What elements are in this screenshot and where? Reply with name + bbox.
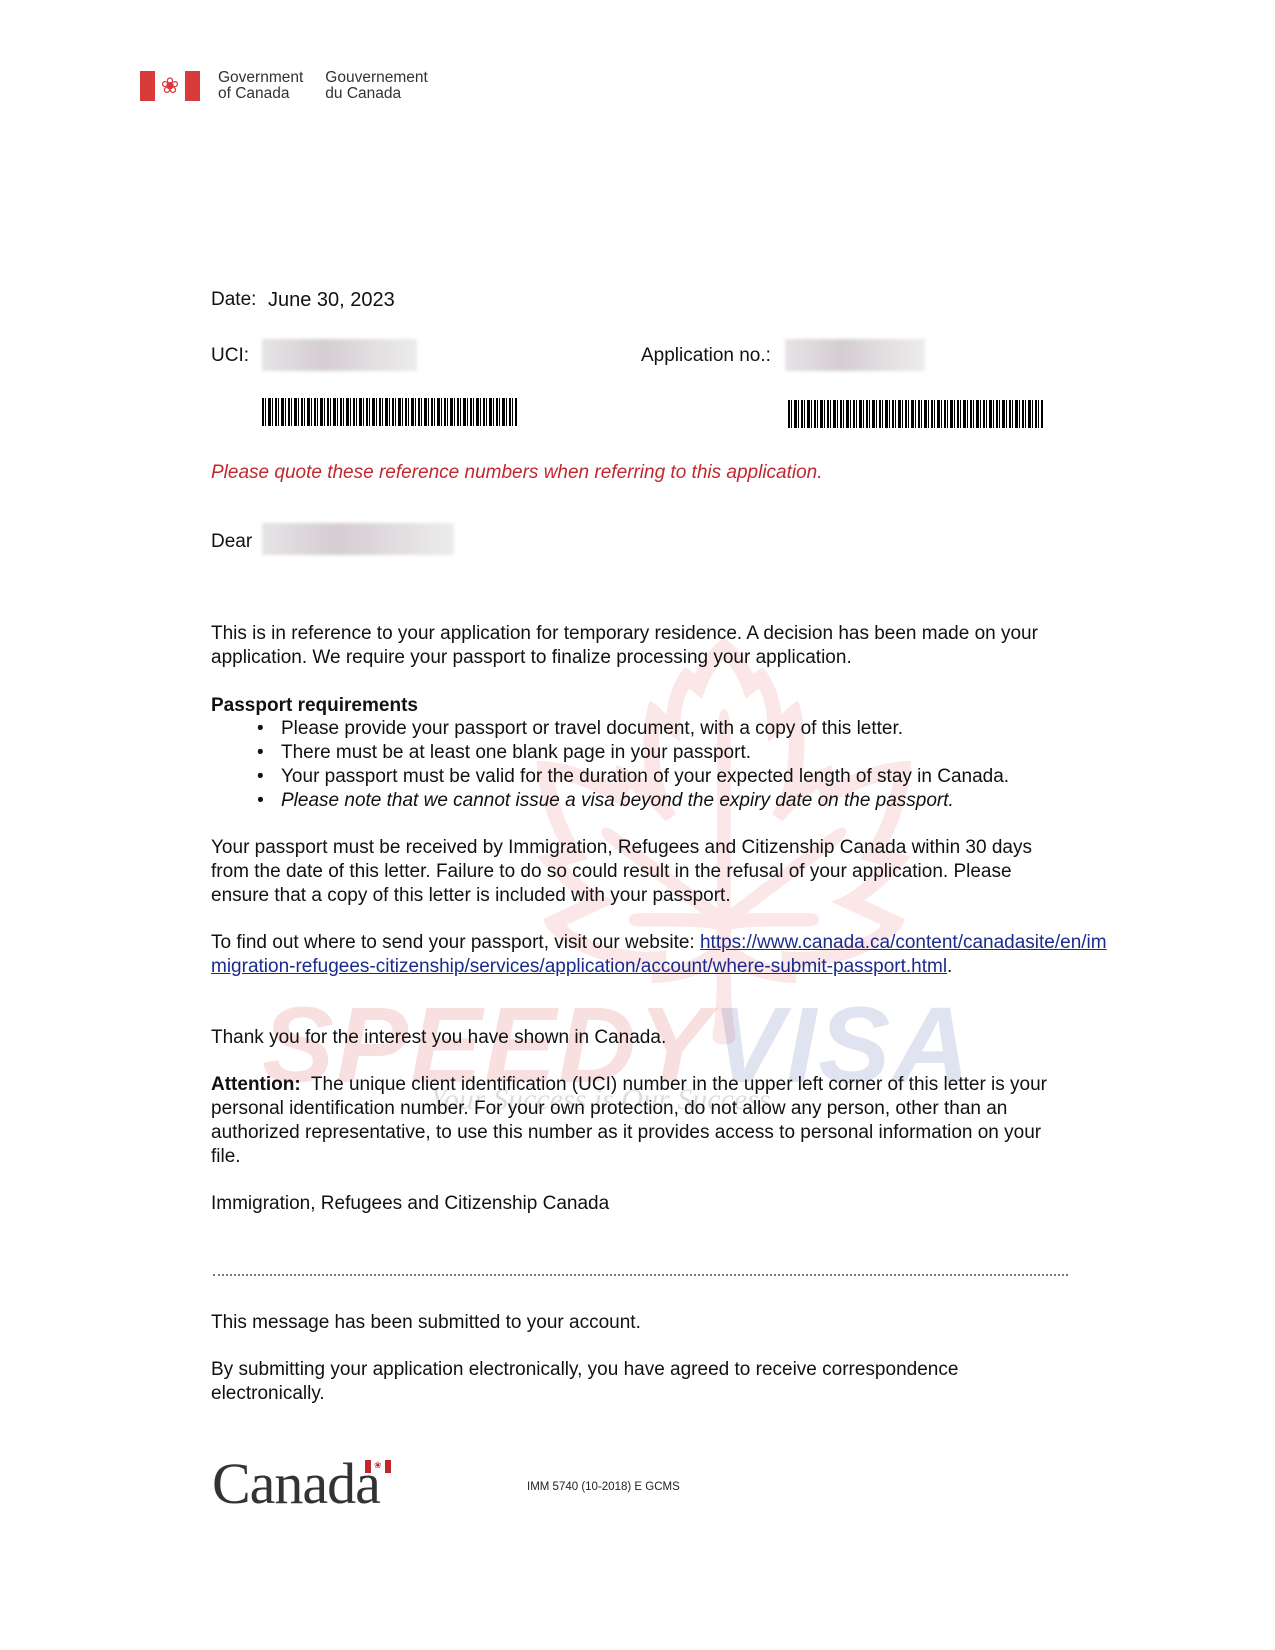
reference-note: Please quote these reference numbers whe… [211, 461, 823, 485]
intro-paragraph: This is in reference to your application… [211, 622, 1061, 670]
requirement-item: Your passport must be valid for the dura… [211, 765, 1091, 789]
requirement-item: Please note that we cannot issue a visa … [211, 789, 1091, 813]
uci-barcode [262, 398, 517, 426]
application-no-label: Application no.: [641, 344, 771, 368]
signature: Immigration, Refugees and Citizenship Ca… [211, 1192, 609, 1216]
attention-label: Attention: [211, 1074, 301, 1095]
requirements-heading: Passport requirements [211, 694, 418, 718]
thanks-line: Thank you for the interest you have show… [211, 1026, 666, 1050]
greeting-label: Dear [211, 530, 252, 554]
uci-value-redacted [262, 339, 417, 371]
attention-paragraph: Attention: The unique client identificat… [211, 1073, 1071, 1169]
gov-name-en: Governmentof Canada [218, 70, 303, 102]
consent-note: By submitting your application electroni… [211, 1358, 1031, 1406]
canada-wordmark: Canada [212, 1450, 380, 1517]
requirement-item: There must be at least one blank page in… [211, 741, 1091, 765]
deadline-paragraph: Your passport must be received by Immigr… [211, 836, 1071, 908]
recipient-name-redacted [262, 523, 454, 555]
government-signature: ❀ Governmentof Canada Gouvernementdu Can… [140, 70, 450, 102]
website-prefix: To find out where to send your passport,… [211, 932, 700, 953]
form-code: IMM 5740 (10-2018) E GCMS [527, 1481, 680, 1493]
wordmark-flag-icon: ❀ [365, 1460, 391, 1473]
date-label: Date: [211, 288, 256, 312]
uci-label: UCI: [211, 344, 249, 368]
requirements-list: Please provide your passport or travel d… [211, 717, 1091, 813]
gov-name-fr: Gouvernementdu Canada [325, 70, 428, 102]
requirement-item: Please provide your passport or travel d… [211, 717, 1091, 741]
date-value: June 30, 2023 [268, 289, 395, 312]
divider [213, 1274, 1068, 1276]
website-paragraph: To find out where to send your passport,… [211, 931, 1111, 979]
submitted-note: This message has been submitted to your … [211, 1311, 641, 1335]
application-barcode [788, 400, 1043, 428]
application-no-redacted [785, 339, 925, 371]
canada-flag-icon: ❀ [140, 71, 200, 101]
